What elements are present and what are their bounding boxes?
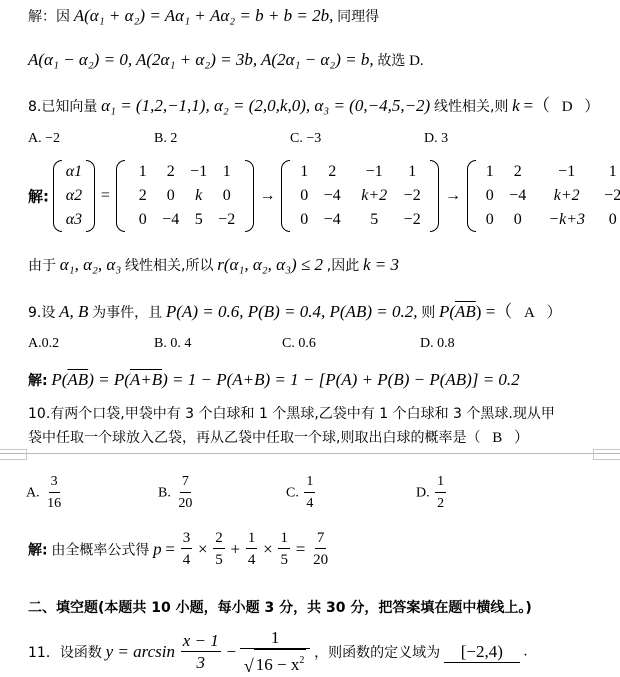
matrix-1: 12−11 20k0 0−45−2	[116, 160, 254, 232]
text: ）	[547, 305, 562, 321]
text: −2	[598, 186, 620, 206]
text: 9.设	[28, 305, 55, 321]
variable: k	[512, 96, 520, 115]
text: ×	[198, 540, 208, 559]
text: 则	[421, 305, 435, 321]
matrix-2: 12−11 0−4k+2−2 0−45−2	[281, 160, 439, 232]
text: .	[524, 644, 528, 660]
section-heading: 二、填空题(本题共 10 小题，每小题 3 分，共 30 分，把答案填在题中横线…	[28, 598, 532, 618]
text: k = 3	[363, 255, 399, 274]
text: D.	[416, 486, 430, 501]
text: 3	[49, 472, 60, 493]
text: 1	[213, 162, 241, 182]
right-paren	[245, 160, 254, 232]
text: 0	[500, 210, 536, 230]
text: −k+3	[536, 210, 598, 230]
left-paren	[281, 160, 290, 232]
text: =	[165, 540, 175, 559]
question-9: 9.设 A, B 为事件，且 P(A) = 0.6, P(B) = 0.4, P…	[28, 302, 562, 323]
text: α1	[66, 162, 82, 182]
text: k	[185, 186, 213, 206]
text: 20	[311, 549, 330, 571]
q9-option-b: B. 0. 4	[154, 336, 191, 352]
arrow-icon: →	[259, 187, 275, 205]
text: y = arcsin	[106, 642, 175, 661]
text: 解:	[28, 373, 48, 389]
q8-option-b: B. 2	[154, 131, 177, 147]
text: −2	[398, 210, 426, 230]
text: 4	[304, 493, 315, 515]
text: 1	[129, 162, 157, 182]
text: −1	[185, 162, 213, 182]
text: 0	[480, 186, 500, 206]
q8-option-d: D. 3	[424, 131, 448, 147]
text: ) = 1 − P(A+B) = 1 − [P(A) + P(B) − P(AB…	[162, 370, 520, 389]
text: 1	[398, 162, 426, 182]
question-10-line-1: 10.有两个口袋,甲袋中有 3 个白球和 1 个黑球,乙袋中有 1 个白球和 3…	[28, 404, 555, 424]
close-paren: ）	[584, 99, 599, 115]
text: 2	[500, 162, 536, 182]
text: 20	[176, 493, 194, 515]
question-prefix: 8.已知向量	[28, 99, 97, 115]
text: 0	[598, 210, 620, 230]
text: r(α₁, α₂, α₃) ≤ 2	[217, 255, 323, 274]
text: 3	[194, 652, 207, 674]
text: 2	[299, 655, 304, 666]
text: −2	[398, 186, 426, 206]
question-10-line-2: 袋中任取一个球放入乙袋，再从乙袋中任取一个球,则取出白球的概率是（ B ）	[28, 428, 529, 448]
text: x − 1	[181, 631, 221, 652]
text: ×	[263, 540, 273, 559]
text: −	[227, 642, 237, 661]
q9-solution: 解: P(AB) = P(A+B) = 1 − P(A+B) = 1 − [P(…	[28, 370, 520, 391]
q9-option-d: D. 0.8	[420, 336, 455, 352]
text: 由全概率公式得	[51, 543, 149, 559]
text: 2	[129, 186, 157, 206]
q10-option-c: C. 14	[286, 472, 317, 515]
text: 16 − x	[256, 655, 300, 674]
text: 0	[129, 210, 157, 230]
text: −4	[157, 210, 185, 230]
text: 0	[294, 210, 314, 230]
text: 2	[157, 162, 185, 182]
q10-option-d: D. 12	[416, 472, 448, 515]
answer: A	[516, 303, 543, 323]
text: A, B	[59, 302, 88, 321]
left-paren	[53, 160, 62, 232]
page-break-line	[0, 453, 620, 454]
equals-sign: =	[101, 187, 110, 205]
text: −1	[536, 162, 598, 182]
text: C.	[286, 486, 299, 501]
text: α₁, α₂, α₃	[60, 255, 122, 274]
text: B.	[158, 486, 171, 501]
text: 袋中任取一个球放入乙袋，再从乙袋中任取一个球,则取出白球的概率是（	[28, 430, 480, 446]
text: −4	[500, 186, 536, 206]
text: −2	[213, 210, 241, 230]
text: 2	[213, 528, 225, 549]
text: A+B	[130, 370, 162, 389]
text: 1	[598, 162, 620, 182]
text: AB	[67, 370, 88, 389]
equation: A(α₁ + α₂) = Aα₁ + Aα₂ = b + b = 2b,	[74, 6, 334, 25]
text: 1	[304, 472, 315, 493]
text: A.	[26, 486, 40, 501]
question-11: 11．设函数 y = arcsin x − 13 − 1 √16 − x2 ，则…	[28, 628, 527, 676]
text: 4	[181, 549, 193, 571]
text: 0	[213, 186, 241, 206]
text: 3	[181, 528, 193, 549]
text: ,因此	[327, 258, 359, 274]
solution-line-1: 解：因 A(α₁ + α₂) = Aα₁ + Aα₂ = b + b = 2b,…	[28, 6, 379, 27]
text: k+2	[536, 186, 598, 206]
page-margin-marker-left	[0, 449, 27, 460]
text: 4	[246, 549, 258, 571]
q9-option-c: C. 0.6	[282, 336, 316, 352]
answer: D	[554, 97, 581, 117]
text: α2	[66, 186, 82, 206]
text: B	[465, 302, 475, 321]
text: 5	[278, 549, 290, 571]
arrow-icon: →	[445, 187, 461, 205]
q10-option-a: A. 316	[26, 472, 65, 515]
text: 1	[278, 528, 290, 549]
text: 0	[157, 186, 185, 206]
text: A	[455, 302, 465, 321]
solution-label: 解:	[28, 188, 49, 206]
equation: A(α₁ − α₂) = 0, A(2α₁ + α₂) = 3b, A(2α₁ …	[28, 50, 374, 69]
text: −4	[314, 210, 350, 230]
text: 16	[45, 493, 63, 515]
text: ) =（	[476, 302, 513, 321]
vectors: α₁ = (1,2,−1,1), α₂ = (2,0,k,0), α₃ = (0…	[101, 96, 430, 115]
q10-option-b: B. 720	[158, 472, 196, 515]
text: 线性相关,则	[434, 99, 508, 115]
solution-label: 解：因	[28, 9, 70, 25]
text: 7	[315, 528, 327, 549]
vector-column: α1 α2 α3	[53, 160, 95, 232]
text: −1	[350, 162, 398, 182]
text: 7	[180, 472, 191, 493]
text: P(	[439, 302, 455, 321]
right-paren	[430, 160, 439, 232]
text: 0	[294, 186, 314, 206]
text: α3	[66, 210, 82, 230]
text: 2	[314, 162, 350, 182]
text: +	[231, 540, 241, 559]
text: 线性相关,所以	[125, 258, 213, 274]
text: k+2	[350, 186, 398, 206]
equals: =（	[523, 96, 550, 115]
text: =	[296, 540, 306, 559]
text: 5	[185, 210, 213, 230]
q8-option-a: A. −2	[28, 131, 60, 147]
text: 1	[246, 528, 258, 549]
text: 解:	[28, 543, 48, 559]
text: √	[244, 656, 254, 676]
text: 同理得	[337, 9, 379, 25]
q8-conclusion: 由于 α₁, α₂, α₃ 线性相关,所以 r(α₁, α₂, α₃) ≤ 2 …	[28, 255, 399, 276]
text: 1	[480, 162, 500, 182]
right-paren	[86, 160, 95, 232]
answer: D.	[409, 53, 424, 69]
q8-option-c: C. −3	[290, 131, 321, 147]
text: 为事件，且	[92, 305, 162, 321]
text: 0	[480, 210, 500, 230]
q10-solution: 解: 由全概率公式得 p = 34 × 25 + 14 × 15 = 720	[28, 528, 332, 571]
text: 1	[435, 472, 446, 493]
matrix-3: 12−11 0−4k+2−2 00−k+30	[467, 160, 620, 232]
q8-matrix-solution: 解: α1 α2 α3 = 12−11 20k0 0−45−2 → 12−11 …	[28, 160, 620, 232]
text: ，则函数的定义域为	[314, 645, 440, 661]
text: P(	[51, 370, 67, 389]
question-8: 8.已知向量 α₁ = (1,2,−1,1), α₂ = (2,0,k,0), …	[28, 96, 599, 117]
left-paren	[467, 160, 476, 232]
text: p	[153, 540, 162, 559]
text: ）	[514, 430, 529, 446]
text: 5	[350, 210, 398, 230]
text: P(A) = 0.6, P(B) = 0.4, P(AB) = 0.2,	[166, 302, 418, 321]
text: 由于	[28, 258, 56, 274]
text: 1	[240, 628, 310, 649]
text: 11．设函数	[28, 645, 102, 661]
page-margin-marker-right	[593, 449, 620, 460]
q9-option-a: A.0.2	[28, 336, 59, 352]
text: 故选	[377, 53, 405, 69]
text: 2	[435, 493, 446, 515]
text: ) = P(	[88, 370, 130, 389]
answer-blank: [−2,4)	[444, 642, 520, 663]
left-paren	[116, 160, 125, 232]
text: 5	[213, 549, 225, 571]
text: 1	[294, 162, 314, 182]
answer: B	[484, 428, 510, 448]
solution-line-2: A(α₁ − α₂) = 0, A(2α₁ + α₂) = 3b, A(2α₁ …	[28, 50, 424, 71]
text: −4	[314, 186, 350, 206]
